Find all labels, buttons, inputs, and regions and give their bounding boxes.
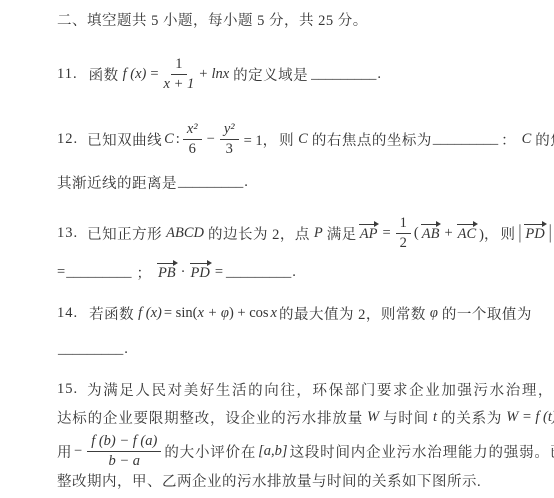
- answer-blank: _________: [66, 264, 131, 281]
- abs-bar-right: |: [548, 222, 553, 245]
- minus-sign: −: [207, 131, 215, 148]
- question-12-number: 12.: [57, 131, 78, 148]
- math-t: t: [433, 409, 437, 426]
- answer-blank: _________: [58, 341, 123, 358]
- vector-PB-label: PB: [158, 265, 176, 281]
- fraction-denominator: 3: [226, 140, 233, 158]
- answer-blank: _________: [178, 174, 243, 191]
- vector-arrow-icon: [421, 224, 437, 225]
- fraction-numerator: 1: [396, 215, 411, 234]
- equals-one: = 1，: [244, 129, 278, 150]
- right-paren-comma: )，: [479, 223, 498, 244]
- vector-PB: PB: [156, 262, 178, 282]
- fraction-numerator: y²: [220, 121, 239, 140]
- question-15-line2-text: 与时间: [383, 407, 429, 428]
- math-fx: f (x): [138, 305, 162, 322]
- plus-sign: +: [199, 66, 207, 83]
- fraction-denominator: 2: [400, 234, 407, 252]
- fraction-difference-quotient: f (b) − f (a) b − a: [87, 433, 161, 469]
- question-11: 11. 函数 f (x) = 1 x + 1 + lnx 的定义域是 _____…: [57, 50, 381, 98]
- vector-arrow-icon: [190, 263, 207, 264]
- period: .: [292, 264, 296, 281]
- question-11-number: 11.: [57, 66, 78, 83]
- fraction-numerator: 1: [171, 56, 186, 75]
- fraction-y2-over-3: y² 3: [220, 121, 239, 157]
- answer-blank: _________: [226, 264, 291, 281]
- math-C: C: [164, 131, 174, 148]
- question-14-lead: 若函数: [89, 303, 134, 324]
- question-12-tail: 的焦点到: [535, 129, 554, 150]
- section-header-text: 二、填空题共 5 小题，每小题 5 分，共 25 分。: [57, 9, 368, 30]
- math-eq-sin: = sin(: [164, 305, 198, 322]
- question-14-tail1: 的最大值为 2，则常数: [279, 303, 426, 324]
- vector-AC-label: AC: [458, 226, 477, 242]
- equals-sign: =: [150, 66, 158, 83]
- vector-PD-label: PD: [525, 226, 544, 242]
- question-13: 13. 已知正方形 ABCD 的边长为 2，点 P 满足 AP = 1 2 ( …: [57, 206, 553, 260]
- question-13-continued: = _________ ； PB · PD = _________ .: [57, 256, 296, 288]
- math-C: C: [522, 131, 532, 148]
- math-C: C: [298, 131, 308, 148]
- math-phi: φ: [430, 305, 438, 322]
- vector-AC: AC: [456, 223, 479, 243]
- question-14: 14. 若函数 f (x) = sin( x + φ ) + cos x 的最大…: [57, 300, 532, 326]
- question-14-number: 14.: [57, 305, 78, 322]
- vector-AP: AP: [358, 223, 380, 243]
- question-15: 15. 为满足人民对美好生活的向往，环保部门要求企业加强污水治理，排放未: [57, 377, 554, 401]
- fraction-1-over-x-plus-1: 1 x + 1: [164, 56, 195, 92]
- fraction-x2-over-6: x² 6: [183, 121, 202, 157]
- exam-page: 二、填空题共 5 小题，每小题 5 分，共 25 分。 11. 函数 f (x)…: [0, 0, 554, 498]
- equals-sign: =: [382, 225, 390, 242]
- period: .: [377, 66, 381, 83]
- vector-PD: PD: [523, 223, 546, 243]
- section-header: 二、填空题共 5 小题，每小题 5 分，共 25 分。: [57, 8, 368, 30]
- colon: :: [176, 131, 180, 148]
- question-12-mid: 的右焦点的坐标为: [312, 129, 432, 150]
- question-14-tail2: 的一个取值为: [442, 303, 532, 324]
- question-12-lead: 已知双曲线: [87, 129, 162, 150]
- fraction-denominator: x + 1: [164, 75, 195, 93]
- question-15-line4-text: 整改期内，甲、乙两企业的污水排放量与时间的关系如下图所示.: [57, 470, 481, 491]
- question-15-continued-3: 整改期内，甲、乙两企业的污水排放量与时间的关系如下图所示.: [57, 468, 481, 492]
- question-15-line3-text: 这段时间内企业污水治理能力的强弱。已知: [290, 441, 554, 462]
- math-x: x: [271, 305, 277, 322]
- question-14-continued: _________ .: [57, 338, 128, 360]
- math-P: P: [314, 225, 323, 242]
- period: .: [244, 174, 248, 191]
- fraction-numerator: x²: [183, 121, 202, 140]
- math-plus-cos: ) + cos: [229, 305, 269, 322]
- fraction-denominator: b − a: [108, 452, 140, 470]
- fullwidth-semicolon: ；: [136, 262, 151, 283]
- plus-sign: +: [444, 225, 452, 242]
- question-15-line2-text: 的关系为: [441, 407, 502, 428]
- question-15-line3-text: 的大小评价在: [164, 441, 256, 462]
- math-interval-ab: [a,b]: [258, 443, 287, 460]
- question-15-number: 15.: [57, 381, 78, 398]
- vector-arrow-icon: [457, 224, 474, 225]
- math-x-plus-phi: x + φ: [197, 305, 229, 322]
- question-13-mid2: 满足: [327, 223, 357, 244]
- fraction-denominator: 6: [189, 140, 196, 158]
- question-11-tail: 的定义域是: [233, 64, 308, 85]
- question-13-mid1: 的边长为 2，点: [208, 223, 310, 244]
- minus-sign: −: [74, 443, 82, 460]
- question-12: 12. 已知双曲线 C : x² 6 − y² 3 = 1， 则 C 的右焦点的…: [57, 112, 554, 166]
- question-13-lead: 已知正方形: [87, 223, 162, 244]
- vector-arrow-icon: [157, 263, 173, 264]
- question-15-line1-text: 为满足人民对美好生活的向往，环保部门要求企业加强污水治理，排放未: [87, 379, 554, 400]
- vector-arrow-icon: [359, 224, 375, 225]
- vector-PD-label: PD: [191, 265, 210, 281]
- question-15-continued-2: 用 − f (b) − f (a) b − a 的大小评价在 [a,b] 这段时…: [57, 429, 554, 473]
- fullwidth-colon: ：: [501, 129, 516, 150]
- question-11-lead: 函数: [89, 64, 119, 85]
- vector-AB-label: AB: [422, 226, 440, 242]
- vector-AP-label: AP: [360, 226, 378, 242]
- question-15-continued-1: 达标的企业要限期整改，设企业的污水排放量 W 与时间 t 的关系为 W = f …: [57, 404, 554, 430]
- question-12-continued: 其渐近线的距离是 _________ .: [57, 170, 248, 194]
- question-15-line3-use: 用: [57, 441, 72, 462]
- vector-PD: PD: [189, 262, 212, 282]
- vector-arrow-icon: [524, 224, 541, 225]
- fraction-1-over-2: 1 2: [396, 215, 411, 251]
- question-15-line2-text: 达标的企业要限期整改，设企业的污水排放量: [57, 407, 363, 428]
- math-ABCD: ABCD: [166, 225, 204, 242]
- question-13-number: 13.: [57, 225, 78, 242]
- question-12-line2-text: 其渐近线的距离是: [57, 172, 177, 193]
- question-12-then: 则: [279, 129, 294, 150]
- dot-operator: ·: [181, 264, 186, 281]
- equals-sign: =: [215, 264, 223, 281]
- answer-blank: _________: [433, 131, 498, 148]
- math-W: W: [367, 409, 379, 426]
- period: .: [124, 341, 128, 358]
- abs-bar-left: |: [518, 222, 523, 245]
- math-fx: f (x): [123, 66, 147, 83]
- math-lnx: lnx: [211, 66, 229, 83]
- vector-AB: AB: [420, 223, 442, 243]
- fraction-numerator: f (b) − f (a): [87, 433, 161, 452]
- question-13-then: 则: [501, 223, 516, 244]
- answer-blank: _________: [311, 66, 376, 83]
- equals-sign: =: [57, 264, 65, 281]
- math-W-eq-ft: W = f (t): [506, 409, 554, 426]
- left-paren: (: [414, 225, 419, 242]
